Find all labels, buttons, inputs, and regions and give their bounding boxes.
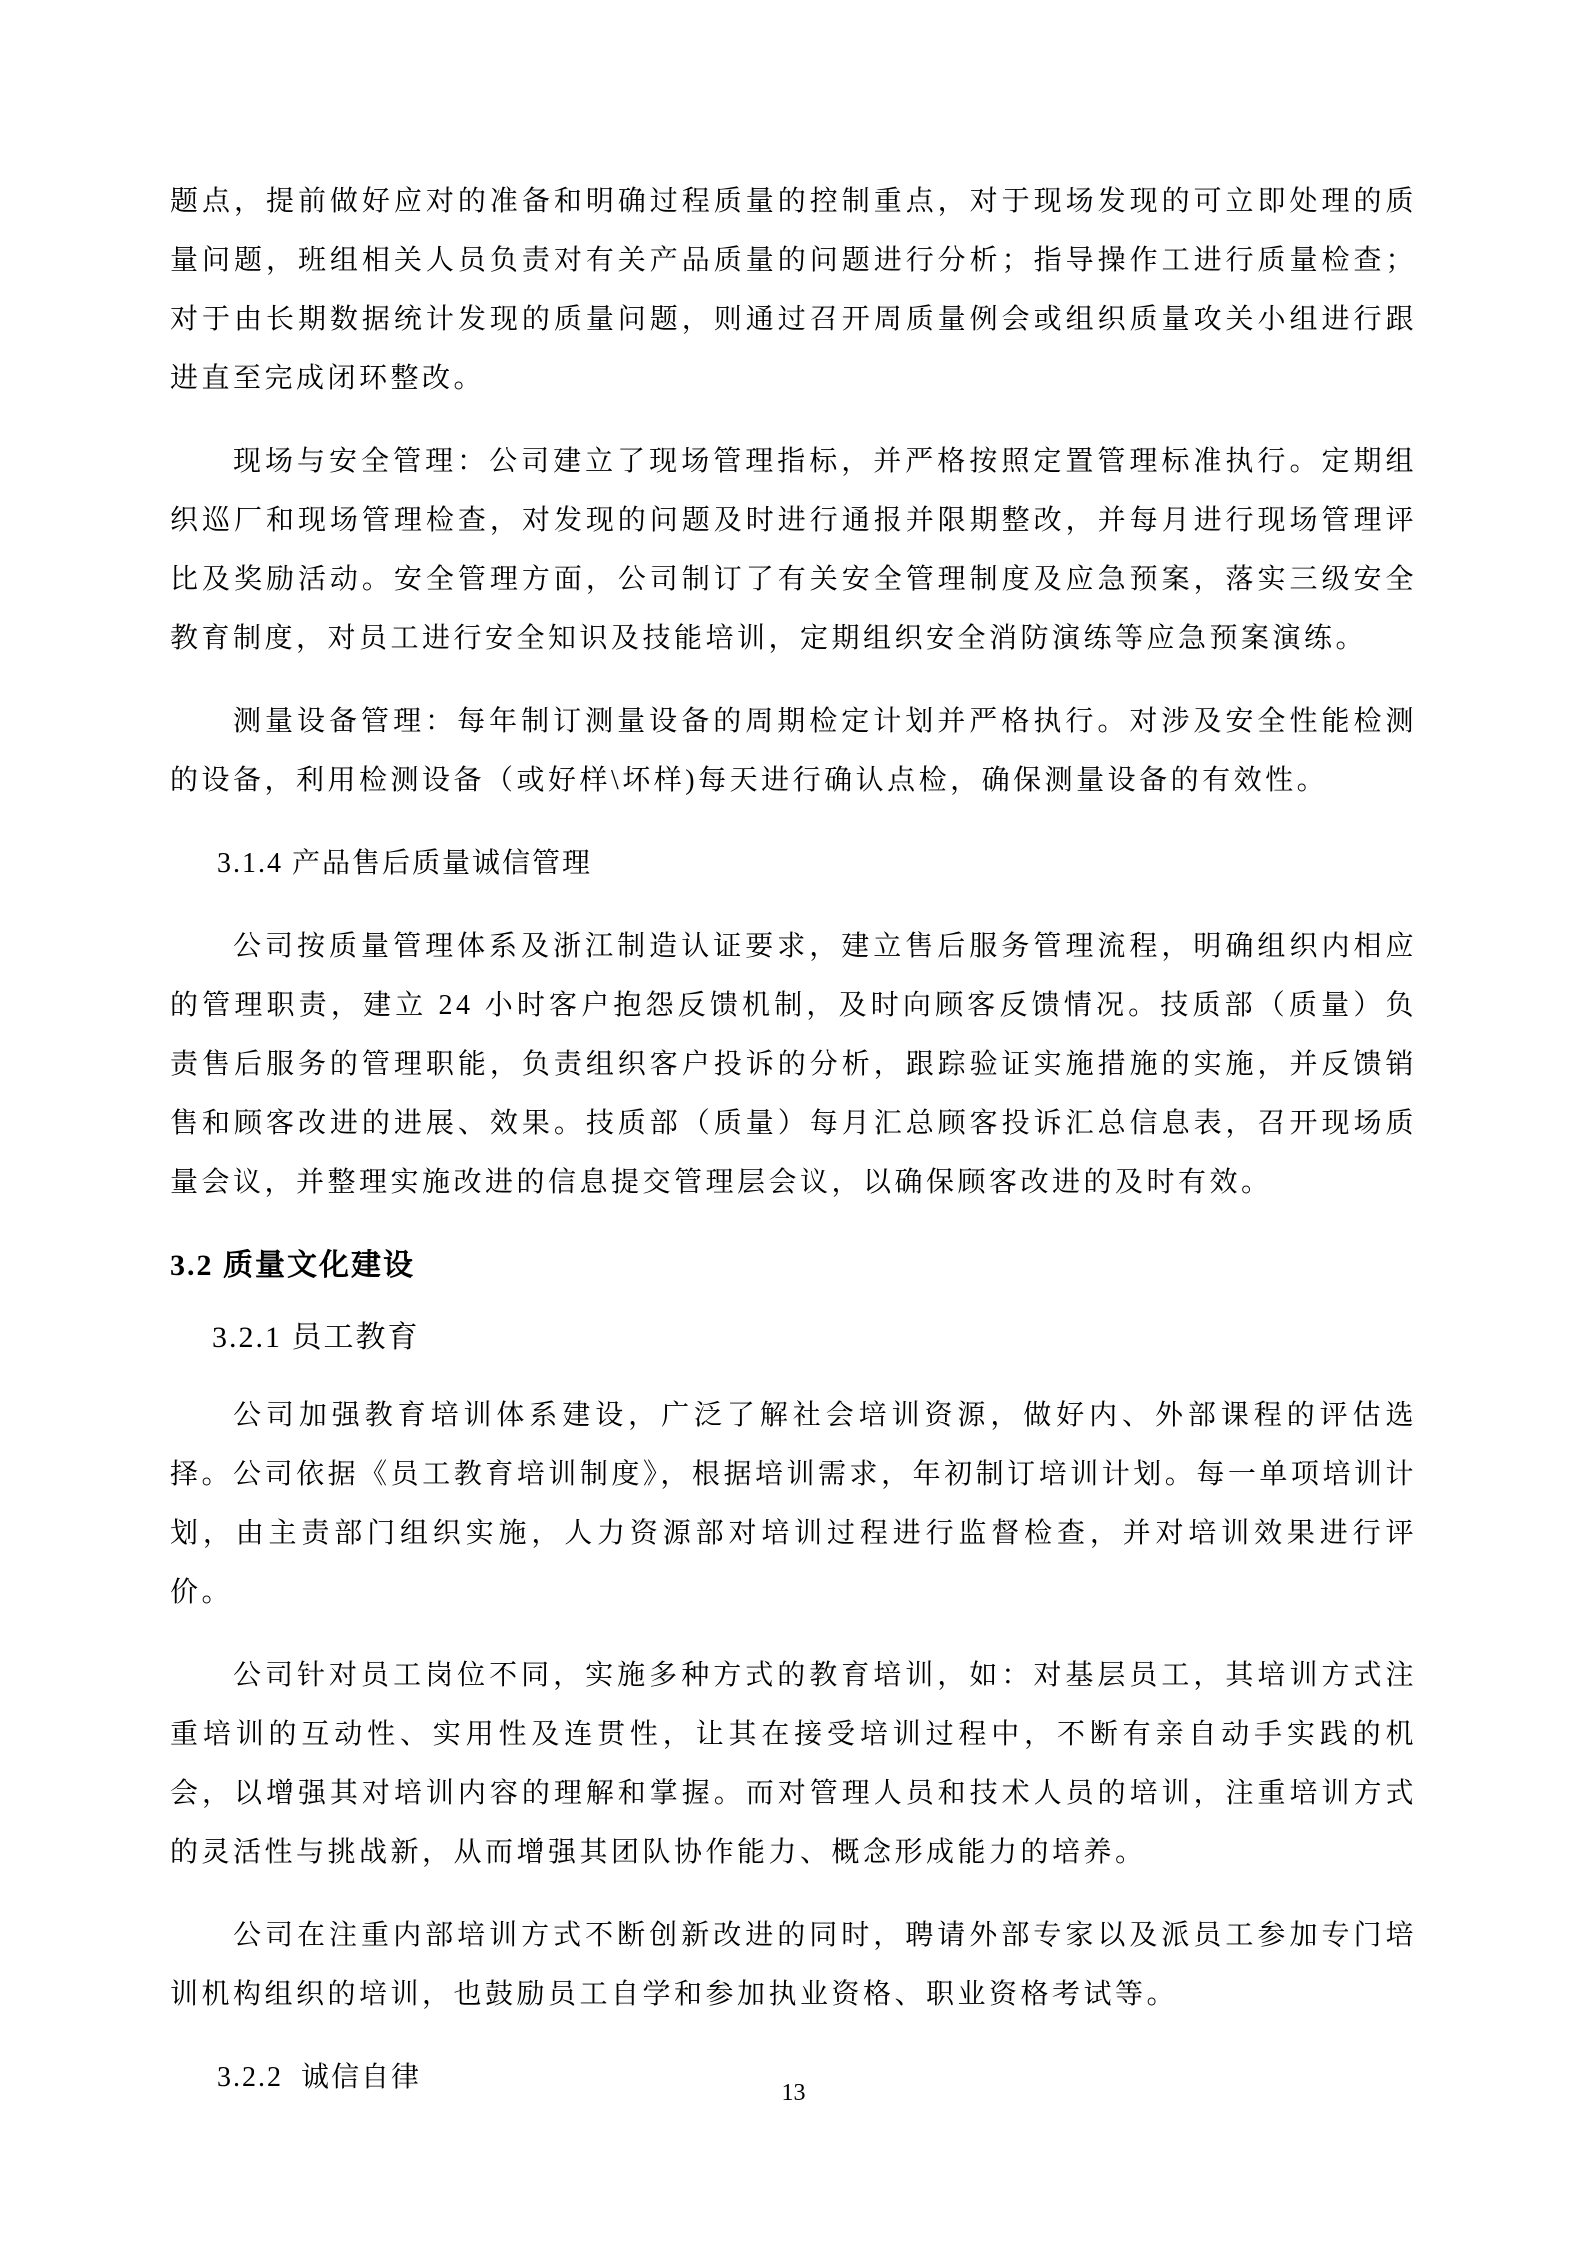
body-paragraph: 公司在注重内部培训方式不断创新改进的同时，聘请外部专家以及派员工参加专门培训机构… [170,1906,1417,2024]
body-paragraph: 题点，提前做好应对的准备和明确过程质量的控制重点，对于现场发现的可立即处理的质量… [170,172,1417,408]
document-body: 题点，提前做好应对的准备和明确过程质量的控制重点，对于现场发现的可立即处理的质量… [170,172,1417,2131]
body-paragraph: 现场与安全管理：公司建立了现场管理指标，并严格按照定置管理标准执行。定期组织巡厂… [170,432,1417,668]
minor-heading-3-1-4: 3.1.4 产品售后质量诚信管理 [170,834,1417,893]
body-paragraph: 公司针对员工岗位不同，实施多种方式的教育培训，如：对基层员工，其培训方式注重培训… [170,1646,1417,1882]
body-paragraph: 公司按质量管理体系及浙江制造认证要求，建立售后服务管理流程，明确组织内相应的管理… [170,917,1417,1212]
subsection-heading-3-2-1: 3.2.1 员工教育 [170,1308,1417,1368]
page-number: 13 [0,2078,1587,2108]
document-page: 题点，提前做好应对的准备和明确过程质量的控制重点，对于现场发现的可立即处理的质量… [0,0,1587,2245]
body-paragraph: 测量设备管理：每年制订测量设备的周期检定计划并严格执行。对涉及安全性能检测的设备… [170,692,1417,810]
body-paragraph: 公司加强教育培训体系建设，广泛了解社会培训资源，做好内、外部课程的评估选择。公司… [170,1386,1417,1622]
section-heading-3-2: 3.2 质量文化建设 [170,1236,1417,1296]
